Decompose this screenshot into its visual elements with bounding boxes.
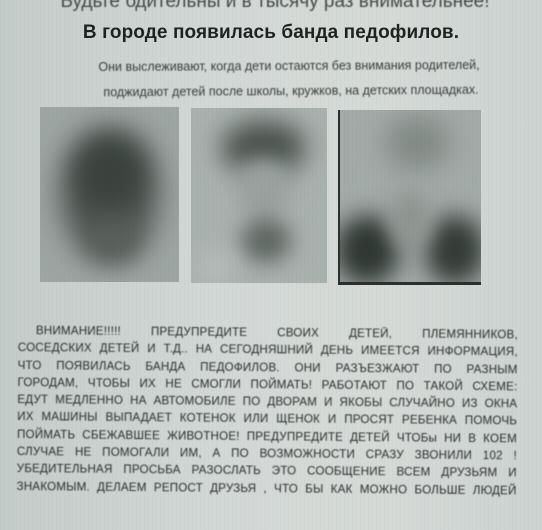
blurred-photo-1 — [40, 107, 179, 282]
printed-flyer-photo: Будьте бдительны и в тысячу раз внимател… — [0, 0, 542, 530]
subtitle-line-2: поджидают детей после школы, кружков, на… — [20, 82, 542, 100]
blurred-photo-2 — [191, 108, 327, 283]
body-line: ЗНАКОМЫМ. ДЕЛАЕМ РЕПОСТ ДРУЗЬЯ , ЧТО БЫ … — [16, 478, 516, 500]
cut-off-top-line: Будьте бдительны и в тысячу раз внимател… — [40, 0, 510, 13]
subtitle-line-1: Они выслеживают, когда дети остаются без… — [18, 58, 542, 75]
headline: В городе появилась банда педофилов. — [0, 22, 542, 44]
warning-body-text: ВНИМАНИЕ!!!!! ПРЕДУПРЕДИТЕ СВОИХ ДЕТЕЙ, … — [16, 322, 517, 499]
blurred-photo-3 — [338, 110, 481, 285]
